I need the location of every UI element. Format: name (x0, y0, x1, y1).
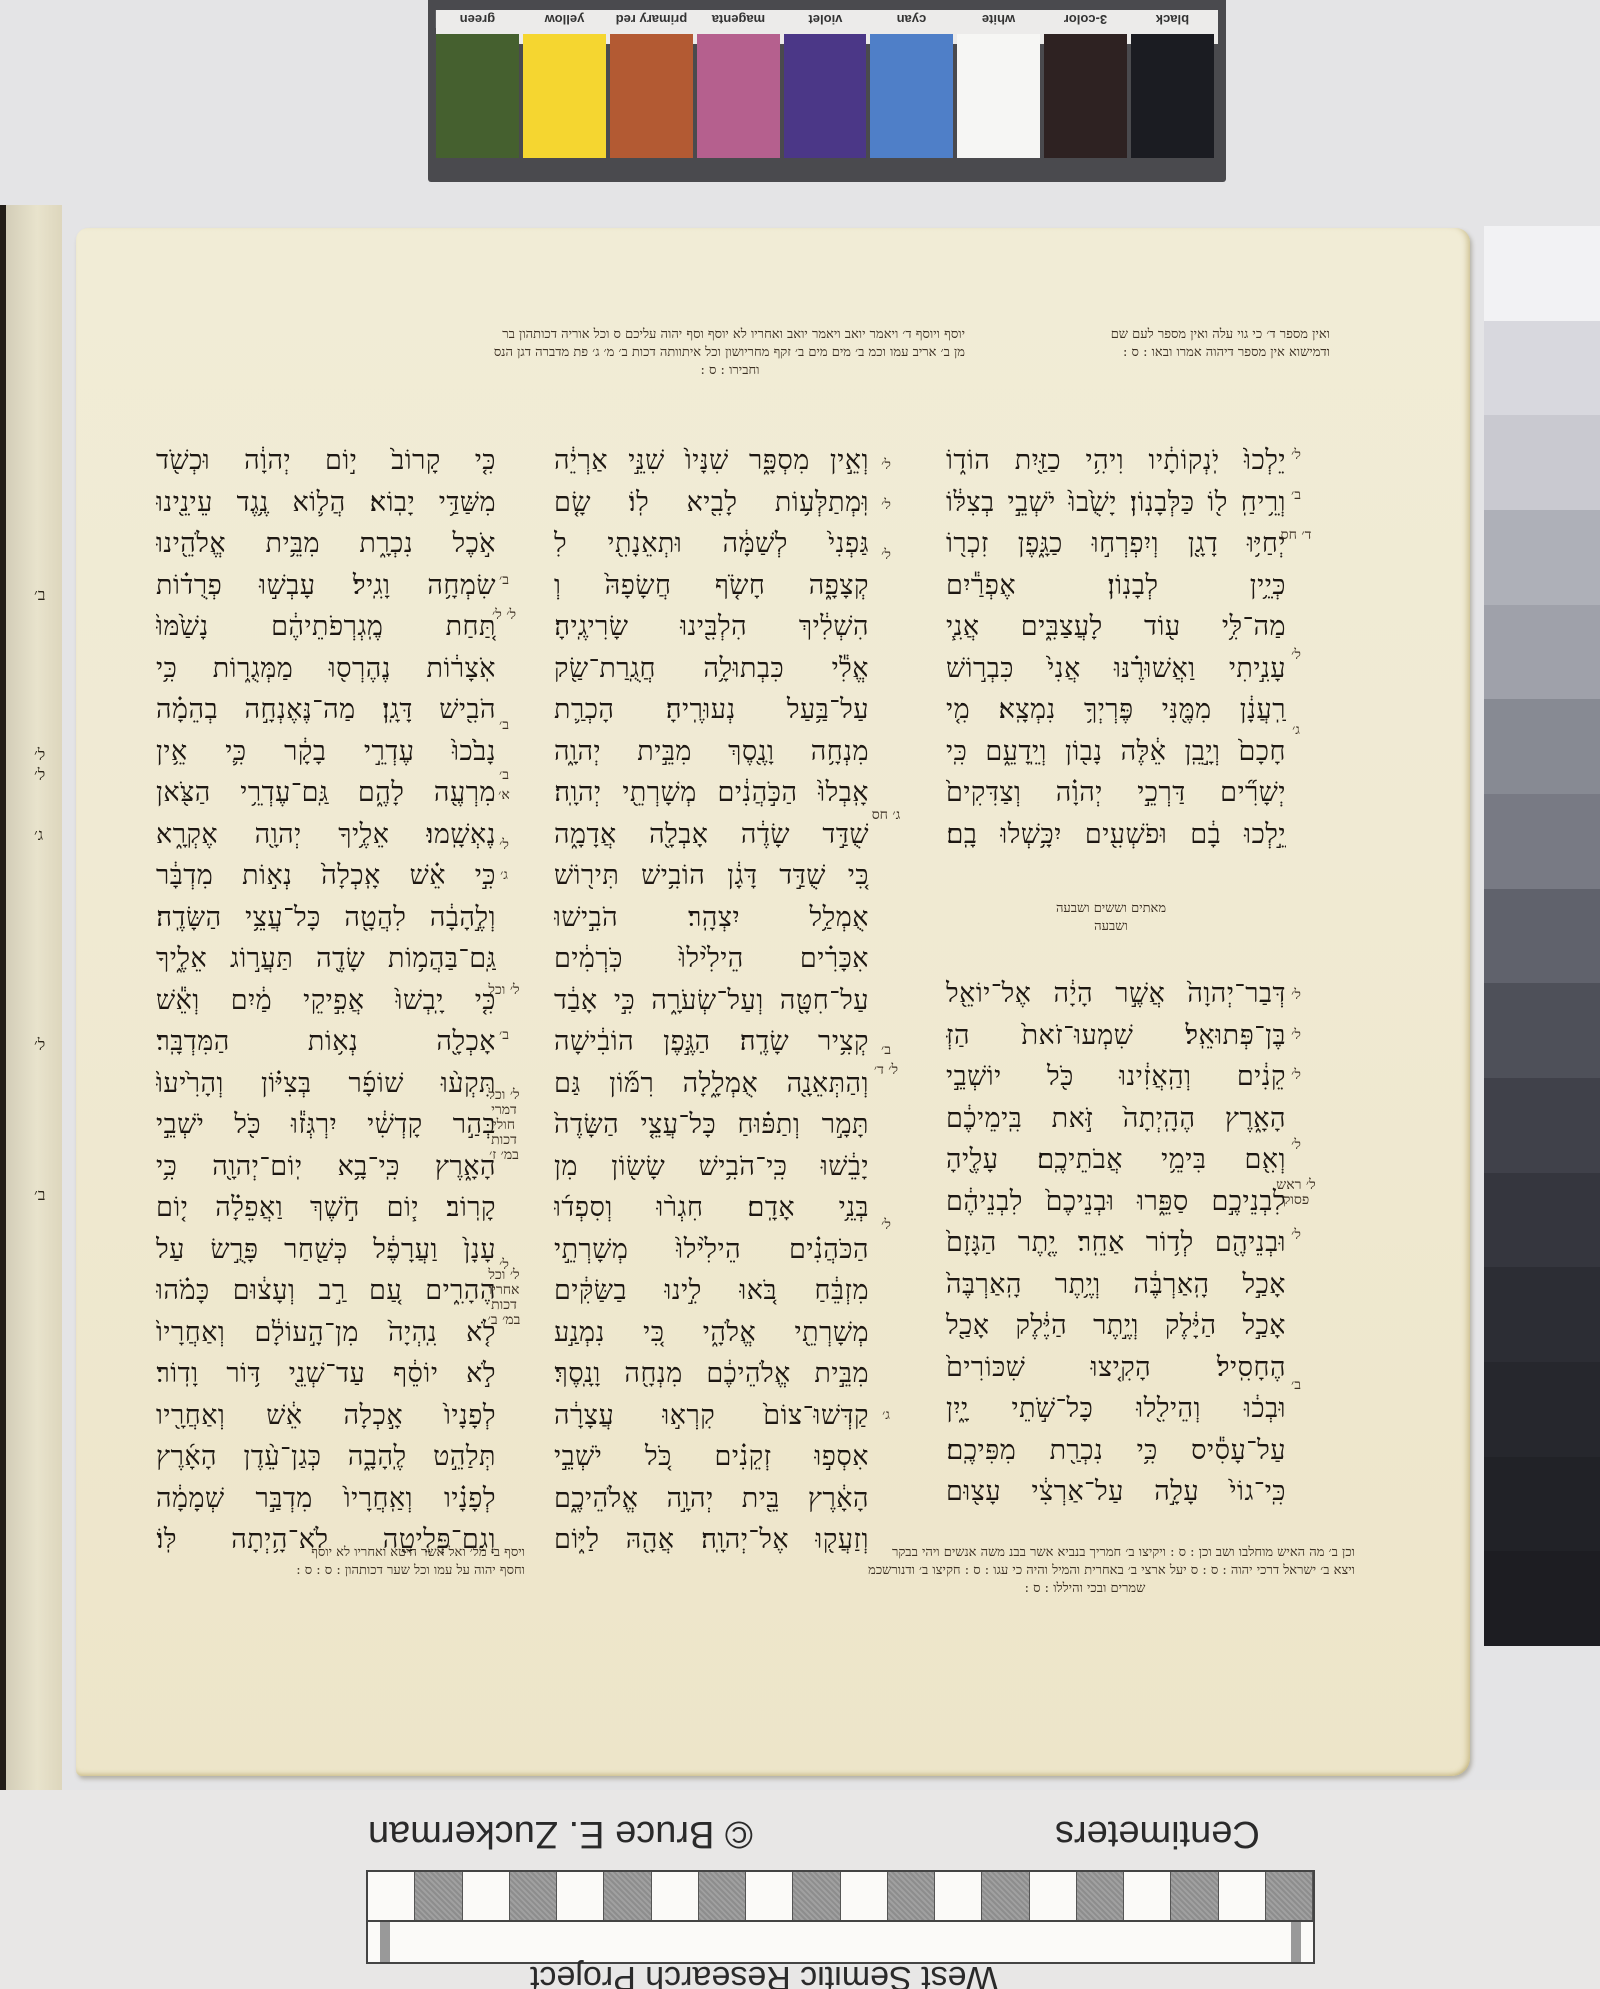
text-line: גַּפְנִי֙ לְשַׁמָּ֔ה וּתְאֵנָתִ֖י לִ (554, 523, 869, 565)
text-line: מִזְבֵּ֔חַ בֹּ֚אוּ לִ֣ינוּ בַשַּׂקִּ֔ים (554, 1270, 869, 1312)
gray-step (1484, 605, 1600, 700)
text-line: מִנְחָ֥ה וָנֶ֖סֶךְ מִבֵּ֣ית יְהוָ֑ה (554, 731, 869, 773)
text-line: כִּ֚י שֻׁדַּ֣ד דָּגָ֔ן הוֹבִ֥ישׁ תִּיר֖ו… (554, 855, 869, 897)
text-line: קְצִ֥יר שָׂדֶֽה׃ הַגֶּ֣פֶן הוֹבִ֔ישָׁה (554, 1021, 869, 1063)
ruler-cell (368, 1872, 415, 1920)
text-line: יְחַיּ֥וּ דָגָ֖ן וְיִפְרְח֣וּ כַגָּ֑פֶן … (946, 523, 1286, 565)
swatch-chip (1044, 34, 1127, 158)
color-swatch: yellow (523, 10, 606, 158)
text-line: מְשָׁרְתֵ֖י אֱלֹהָ֑י כִּ֚י נִמְנַ֣ע (554, 1312, 869, 1354)
leaf-margin-mark: ב׳ (34, 585, 45, 605)
text-line: כִּ֣י אֵ֗שׁ אָֽכְלָה֙ נְא֣וֹת מִדְבָּ֔ר (156, 855, 496, 897)
text-line: נָבֹ֙כוּ֙ עֶדְרֵ֣י בָקָ֔ר כִּ֛י אֵ֥ין (156, 731, 496, 773)
gray-step (1484, 983, 1600, 1078)
masorah-line: וחבירו : ס : (495, 362, 965, 380)
gray-step (1484, 1551, 1600, 1646)
ruler-cell (1030, 1872, 1077, 1920)
text-line: עַל־עָסִ֕יס כִּ֥י נִכְרַ֖ת מִפִּיכֶֽם׃ (946, 1430, 1286, 1472)
text-line: שֻׁדַּ֣ד שָׂדֶ֔ה אָבְלָ֖ה אֲדָמָ֑ה (554, 814, 869, 856)
gray-step (1484, 415, 1600, 510)
gray-scale-strip (1484, 226, 1600, 1646)
adjoining-leaf-spine (0, 205, 6, 1790)
masorah-parva-note: ל׳ (1276, 1228, 1316, 1243)
text-line: יֵ֣לְכוּ בָ֔ם וּפֹשְׁעִ֖ים יִכָּ֥שְׁלוּ … (946, 814, 1286, 856)
text-line: בְּנֵ֥י אָדָֽם׃ חִגְר֨וּ וְסִפְד֜וּ (554, 1187, 869, 1229)
text-column-right-lower: דְּבַר־יְהוָה֙ אֲשֶׁ֣ר הָיָ֔ה אֶל־יוֹאֵ֖… (946, 973, 1286, 1513)
masorah-parva-note: ל׳ וכל דמרי חולי דכות במ׳ ז׳ (484, 1088, 524, 1163)
masorah-parva-note: ב׳ (866, 1043, 906, 1058)
masorah-parva-note: ל׳ (866, 458, 906, 473)
text-line: רַֽעֲנָ֔ן מִמֶּ֖נִּי פֶּרְיְךָ֥ נִמְצָֽא… (946, 689, 1286, 731)
text-line: עַל־חִטָּ֖ה וְעַל־שְׂעֹרָ֑ה כִּ֣י אָבַ֔ד (554, 980, 869, 1022)
text-line: אֱלִ֕י כִּבְתוּלָ֥ה חֲגֻֽרַת־שַׂ֖ק (554, 648, 869, 690)
masorah-parva-note: ל׳ ד׳ (866, 1063, 906, 1078)
ruler-cell (935, 1872, 982, 1920)
masorah-parva-note: ל׳ (1276, 648, 1316, 663)
text-line: יֵלְכוּ֙ יֹֽנְקוֹתָ֔יו וִיהִ֥י כַזַּ֖יִת… (946, 440, 1286, 482)
masorah-parva-note: ב׳ (484, 768, 524, 783)
text-line: בְּהַ֣ר קָדְשִׁ֔י יִרְגְּז֕וּ כֹּ֖ל יֹשְ… (156, 1104, 496, 1146)
gray-step (1484, 321, 1600, 416)
text-line: וְהַתְּאֵנָ֖ה אֻמְלָ֑לָה רִמּ֞וֹן גַּם (554, 1063, 869, 1105)
text-line: הָאָ֑רֶץ כִּֽי־בָ֥א יֽוֹם־יְהוָ֖ה כִּ֥י (156, 1146, 496, 1188)
masorah-parva-note: ל׳ (1276, 988, 1316, 1003)
bottom-masorah-right: וכן ב׳ מה האיש מוחלבו ושב וכן : ס : ויקי… (815, 1544, 1355, 1598)
masorah-parva-note: ב׳ (1276, 1378, 1316, 1393)
heading-line: ושבעה (1011, 918, 1211, 936)
masorah-line: שמרים ובכי והיללו : ס : (815, 1580, 1355, 1598)
leaf-margin-mark: ל׳ (34, 745, 45, 765)
text-line: תְּלַהֵ֣ט לֶֽהָבָ֑ה כְּגַן־עֵ֨דֶן הָאָ֜ר… (156, 1436, 496, 1478)
text-line: הֶחָסִֽיל׃ הָקִ֤יצוּ שִׁכּוֹרִים֙ (946, 1347, 1286, 1389)
ruler-cell (1266, 1872, 1313, 1920)
masorah-parva-note: ג׳ (1276, 723, 1316, 738)
text-line: תָּמָ֣ר וְתַפּ֗וּחַ כָּל־עֲצֵ֤י הַשָּׂדֶ… (554, 1104, 869, 1146)
masorah-line: ויצא ב׳ ישראל דרכי יהוה : ס : ס יעל ארצי… (815, 1562, 1355, 1580)
text-line: הֹבִ֖ישׁ דָּגָֽן׃ מַה־נֶּאֶנְחָ֣ה בְהֵמָ… (156, 689, 496, 731)
masorah-parva-note: ל׳ (484, 838, 524, 853)
masorah-line: ואין מספר ד׳ כי גוי עלה ואין מספר לעם שם (1040, 326, 1330, 344)
text-line: לְפָנָיו֙ אָ֣כְלָה אֵ֔שׁ וְאַחֲרָ֖יו (156, 1395, 496, 1437)
text-line: חָכָם֙ וְיָ֣בֵֽן אֵ֔לֶּה נָב֖וֹן וְיֵֽדָ… (946, 731, 1286, 773)
gray-step (1484, 1078, 1600, 1173)
swatch-chip (436, 34, 519, 158)
masorah-parva-note: ל׳ (866, 498, 906, 513)
gray-step (1484, 1457, 1600, 1552)
color-swatch: primary red (610, 10, 693, 158)
ruler-cell (415, 1872, 462, 1920)
text-line: הָאָ֑רֶץ הֶהָֽיְתָה֙ זֹּ֣את בִּֽימֵיכֶ֔ם (946, 1098, 1286, 1140)
masorah-line: ודמישוא אין מספר דיהוה אמרו ובאו : ס : (1040, 344, 1330, 362)
swatch-label: violet (784, 10, 867, 28)
swatch-chip (957, 34, 1040, 158)
text-line: קְצָפָ֑ה חָשֹׂ֤ף חֲשָׂפָהּ֙ וְ (554, 565, 869, 607)
text-line: וּבְנֵיהֶ֖ם לְד֥וֹר אַחֵֽר׃ יֶ֤תֶר הַגָּ… (946, 1222, 1286, 1264)
top-masorah-right: ואין מספר ד׳ כי גוי עלה ואין מספר לעם שם… (1040, 326, 1330, 362)
text-line: כִּ֤י קָרוֹב֙ י֣וֹם יְהוָ֔ה וּכְשֹׁ֖ד (156, 440, 496, 482)
ruler-cell (557, 1872, 604, 1920)
text-column-right-upper: יֵלְכוּ֙ יֹֽנְקוֹתָ֔יו וִיהִ֥י כַזַּ֖יִת… (946, 440, 1286, 855)
swatch-label: magenta (697, 10, 780, 28)
masorah-parva-note: ל׳ וכל אחריו דכות במ׳ ב׳ (484, 1268, 524, 1328)
masorah-parva-note: ג׳ (484, 868, 524, 883)
color-swatch: violet (784, 10, 867, 158)
ruler-label-box (380, 1922, 1301, 1962)
swatch-chip (610, 34, 693, 158)
text-line: לֹ֣א יוֹסֵ֔ף עַד־שְׁנֵ֖י דּ֥וֹר וָדֽוֹר׃ (156, 1353, 496, 1395)
masorah-parva-note: ל׳ (484, 1258, 524, 1273)
color-swatch: 3-color (1044, 10, 1127, 158)
masorah-parva-note: ד׳ חס (1276, 528, 1316, 543)
text-line: אָכַ֣ל הַיָּ֔לֶק וְיֶ֣תֶר הַיֶּ֔לֶק אָכַ… (946, 1305, 1286, 1347)
masorah-parva-note: ב׳ (484, 718, 524, 733)
masorah-line: מן ב׳ אריב עמו וכמ ב׳ מים מים ב׳ זקף מחר… (495, 344, 965, 362)
text-line: הַכֹּהֲנִ֗ים הֵילִ֙ילוּ֙ מְשָׁרְתֵ֣י (554, 1229, 869, 1271)
ruler-cell (652, 1872, 699, 1920)
masorah-parva-note: ל׳ (1276, 1138, 1316, 1153)
ruler-cell (463, 1872, 510, 1920)
color-calibration-card: greenyellowprimary redmagentavioletcyanw… (428, 0, 1226, 182)
text-line: עַל־בַּ֥עַל נְעוּרֶֽיהָ׃ הָכְרַ֛ת (554, 689, 869, 731)
text-line: וְאֵ֣ין מִסְפָּ֑ר שִׁנָּיו֙ שִׁנֵּ֣י אַר… (554, 440, 869, 482)
scale-title: Centimeters (1055, 1812, 1260, 1855)
masorah-parva-note: ל׳ (1276, 1028, 1316, 1043)
masorah-parva-note: ל׳ וכל (484, 983, 524, 998)
text-line: בֶּן־פְּתוּאֵֽל׃ שִׁמְעוּ־זֹאת֙ הַזְּ (946, 1015, 1286, 1057)
swatch-label: 3-color (1044, 10, 1127, 28)
color-swatch: white (957, 10, 1040, 158)
text-line: הָאָ֔רֶץ בֵּ֖ית יְהוָ֣ה אֱלֹהֵיכֶ֑ם (554, 1478, 869, 1520)
text-column-middle: וְאֵ֣ין מִסְפָּ֑ר שִׁנָּיו֙ שִׁנֵּ֣י אַר… (554, 440, 869, 1561)
text-line: וּבְכ֔וּ וְהֵילִ֖לוּ כָּל־שֹׁ֣תֵי יָ֑יִן (946, 1388, 1286, 1430)
gray-step (1484, 226, 1600, 321)
masorah-parva-note: א׳ (484, 788, 524, 803)
text-line: עָנִ֣יתִי וַאֲשׁוּרֶ֗נּוּ אֲנִי֙ כִּבְר֣… (946, 648, 1286, 690)
text-line: לֹ֤א נִֽהְיָה֙ מִן־הָ֣עוֹלָ֔ם וְאַחֲרָיו… (156, 1312, 496, 1354)
text-line: קָרֽוֹב׃ י֧וֹם חֹ֣שֶׁךְ וַאֲפֵלָ֗ה י֤וֹם (156, 1187, 496, 1229)
masorah-parva-note: ב׳ (484, 1028, 524, 1043)
text-line: יְשָׁרִ֞ים דַּרְכֵ֣י יְהוָ֗ה וְצַדִּקִים… (946, 772, 1286, 814)
text-line: קֵנִ֔ים וְהַֽאֲזִ֔ינוּ כֹּ֖ל יוֹשְׁבֵ֣י (946, 1056, 1286, 1098)
text-line: לְפָנָ֗יו וְאַֽחֲרָיו֙ מִדְבַּ֣ר שְׁמָמָ… (156, 1478, 496, 1520)
masorah-line: וחסף יהוה על עמו וכל שער דכותהון : ס : ס… (185, 1562, 525, 1580)
masorah-parva-note: ל׳ (1276, 1068, 1316, 1083)
masorah-parva-note: ל׳ (1276, 448, 1316, 463)
text-line: אֻמְלַ֥ל יִצְהָֽר׃ הֹבִ֣ישׁוּ (554, 897, 869, 939)
color-swatch: magenta (697, 10, 780, 158)
color-swatch: green (436, 10, 519, 158)
copyright-notice: © Bruce E. Zuckerman (368, 1812, 753, 1855)
masorah-parva-note: ל׳ (866, 548, 906, 563)
text-line: שִׂמְחָ֥ה וָגִֽיל׃ עָבְשׁ֣וּ פְרֻד֗וֹת (156, 565, 496, 607)
swatch-label: white (957, 10, 1040, 28)
ruler-cell (510, 1872, 557, 1920)
ruler-cell (1124, 1872, 1171, 1920)
text-line: כִּֽי־גוֹי֙ עָלָ֣ה עַל־אַרְצִ֔י עָצ֖וּם (946, 1471, 1286, 1513)
text-line: וּֽמְתַלְּע֥וֹת לָבִ֖יא לֽוֹ׃ שָׂ֤ם (554, 482, 869, 524)
text-line: גַּֽם־בַּהֲמ֥וֹת שָׂדֶ֖ה תַּעֲר֣וֹג אֵלֶ… (156, 938, 496, 980)
gray-step (1484, 889, 1600, 984)
color-swatch: cyan (870, 10, 953, 158)
centimeter-ruler (366, 1870, 1315, 1964)
ruler-cell (1219, 1872, 1266, 1920)
text-line: כְּיֵ֥ין לְבָנֽוֹן׃ אֶפְרַ֕יִם (946, 565, 1286, 607)
swatch-label: cyan (870, 10, 953, 28)
color-swatch: black (1131, 10, 1214, 158)
text-line: מַה־לִּ֥י ע֖וֹד לָעֲצַבִּ֑ים אֲנִ֧י (946, 606, 1286, 648)
top-masorah-left: יוסף ויוסף ד׳ ויאמר יואב ויאמר יואב ואחר… (495, 326, 965, 380)
masorah-line: ויסף ב׳ מל׳ ואל אשר היטא ואחריו לא יוסף (185, 1544, 525, 1562)
text-column-left: כִּ֤י קָרוֹב֙ י֣וֹם יְהוָ֔ה וּכְשֹׁ֖דמִש… (156, 440, 496, 1561)
swatch-label: black (1131, 10, 1214, 28)
text-line: מִבֵּ֣ית אֱלֹהֵיכֶ֔ם מִנְחָ֖ה וָנָֽסֶךְ׃ (554, 1353, 869, 1395)
masorah-parva-note: ל׳ (866, 1218, 906, 1233)
masorah-parva-note: ב׳ (1276, 488, 1316, 503)
text-line: אָכַ֣ל הָֽאַרְבֶּ֔ה וְיֶ֥תֶר הָֽאַרְבֶּה… (946, 1264, 1286, 1306)
text-line: עָנָן֙ וַעֲרָפֶ֔ל כְּשַׁ֖חַר פָּרֻ֣שׂ עַ… (156, 1229, 496, 1271)
text-line: וְלֶ֣הָבָ֔ה לִהֲטָ֖ה כָּל־עֲצֵ֥י הַשָּׂד… (156, 897, 496, 939)
manuscript-page: יוסף ויוסף ד׳ ויאמר יואב ויאמר יואב ואחר… (76, 228, 1470, 1776)
ruler-cell (699, 1872, 746, 1920)
swatch-chip (697, 34, 780, 158)
ruler-cell (793, 1872, 840, 1920)
bottom-masorah-left: ויסף ב׳ מל׳ ואל אשר היטא ואחריו לא יוסף … (185, 1544, 525, 1580)
book-section-heading: מאתים וששים ושבעה ושבעה (1011, 900, 1211, 936)
text-line: וְרֵ֥יחַֽ ל֖וֹ כַּלְּבָנֽוֹן׃ יָשֻׁ֙בוּ֙… (946, 482, 1286, 524)
text-line: אָכְלָ֖ה נְא֥וֹת הַמִּדְבָּֽר׃ (156, 1021, 496, 1063)
swatch-chip (784, 34, 867, 158)
ruler-cell (746, 1872, 793, 1920)
masorah-parva-note: ל׳ ל׳ (484, 608, 524, 623)
text-line: דְּבַר־יְהוָה֙ אֲשֶׁ֣ר הָיָ֔ה אֶל־יוֹאֵ֖… (946, 973, 1286, 1015)
masorah-parva-note: ב׳ (484, 573, 524, 588)
ruler-cell (982, 1872, 1029, 1920)
ruler-cell (1077, 1872, 1124, 1920)
masorah-parva-note: ל׳ ראש פסוק (1276, 1178, 1316, 1208)
text-line: תַּ֚חַת מֶֽגְרְפֹתֵיהֶ֔ם נָשַׁ֙מּוּ֙ (156, 606, 496, 648)
ruler-cell (604, 1872, 651, 1920)
swatch-chip (870, 34, 953, 158)
gray-step (1484, 1267, 1600, 1362)
text-line: אֹֽצָר֔וֹת נֶהֶרְס֖וּ מַמְּגֻר֑וֹת כִּ֥י (156, 648, 496, 690)
text-line: אֹ֣כֶל נִכְרָ֑ת מִבֵּ֥ית אֱלֹהֵ֖ינוּ (156, 523, 496, 565)
swatch-chip (1131, 34, 1214, 158)
masorah-line: וכן ב׳ מה האיש מוחלבו ושב וכן : ס : ויקי… (815, 1544, 1355, 1562)
ruler-cells (368, 1872, 1313, 1922)
text-line: לִבְנֵיכֶ֣ם סַפֵּ֑רוּ וּבְנֵיכֶם֙ לִבְנֵ… (946, 1181, 1286, 1223)
swatch-chip (523, 34, 606, 158)
masorah-parva-note: ג׳ חס (866, 808, 906, 823)
text-line: הִשְׁלִ֔יךְ הִלְבִּ֖ינוּ שָׂרִיגֶֽיהָ׃ (554, 606, 869, 648)
ruler-cell (888, 1872, 935, 1920)
swatch-label: yellow (523, 10, 606, 28)
text-line: אָֽבְלוּ֙ הַכֹּ֣הֲנִ֔ים מְשָׁרְתֵ֖י יְהו… (554, 772, 869, 814)
text-line: אִכָּרִ֗ים הֵילִ֙ילוּ֙ כֹּֽרְמִ֔ים (554, 938, 869, 980)
leaf-margin-mark: ל׳ (34, 1035, 45, 1055)
text-line: נֶאְשָֽׁמוּ׃ אֵלֶ֥יךָ יְהוָ֖ה אֶקְרָ֑א (156, 814, 496, 856)
masorah-parva-note: ג׳ (866, 1408, 906, 1423)
ruler-cell (841, 1872, 888, 1920)
leaf-margin-mark: ב׳ (34, 1185, 45, 1205)
project-name: West Semitic Research Project (530, 1958, 998, 1989)
text-line: תִּקְע֨וּ שׁוֹפָ֜ר בְּצִיּ֗וֹן וְהָרִ֙יע… (156, 1063, 496, 1105)
leaf-margin-mark: ג׳ (34, 825, 43, 845)
swatch-label: green (436, 10, 519, 28)
heading-line: מאתים וששים ושבעה (1011, 900, 1211, 918)
masorah-line: יוסף ויוסף ד׳ ויאמר יואב ויאמר יואב ואחר… (495, 326, 965, 344)
text-line: וְאִ֖ם בִּימֵ֥י אֲבֹתֵיכֶֽם׃ עָלֶ֖יהָ (946, 1139, 1286, 1181)
gray-step (1484, 510, 1600, 605)
text-line: מִשַּׁדַּ֥י יָבֽוֹא׃ הֲל֛וֹא נֶ֥גֶד עֵינ… (156, 482, 496, 524)
text-line: יָבֵ֔שׁוּ כִּֽי־הֹבִ֥ישׁ שָׂשׂ֖וֹן מִן (554, 1146, 869, 1188)
gray-step (1484, 1173, 1600, 1268)
swatch-label: primary red (610, 10, 693, 28)
gray-step (1484, 794, 1600, 889)
ruler-cell (1171, 1872, 1218, 1920)
text-line: קַדְּשׁוּ־צוֹם֙ קִרְא֣וּ עֲצָרָ֔ה (554, 1395, 869, 1437)
leaf-margin-mark: ל׳ (34, 765, 45, 785)
text-line: כִּ֤י יָֽבְשׁוּ֙ אֲפִ֣יקֵי מַ֔יִם וְאֵ֕ש… (156, 980, 496, 1022)
text-line: מִרְעֶ֖ה לָהֶ֑ם גַּֽם־עֶדְרֵ֥י הַצֹּ֖אן (156, 772, 496, 814)
text-line: הֶהָרִ֑ים עַ֚ם רַ֣ב וְעָצ֔וּם כָּמֹ֗הוּ (156, 1270, 496, 1312)
adjoining-leaf-edge: ב׳ל׳ל׳ג׳ל׳ב׳ (0, 205, 62, 1790)
gray-step (1484, 1362, 1600, 1457)
gray-step (1484, 699, 1600, 794)
text-line: אִסְפ֣וּ זְקֵנִ֗ים כֹּ֚ל יֹשְׁבֵ֣י (554, 1436, 869, 1478)
